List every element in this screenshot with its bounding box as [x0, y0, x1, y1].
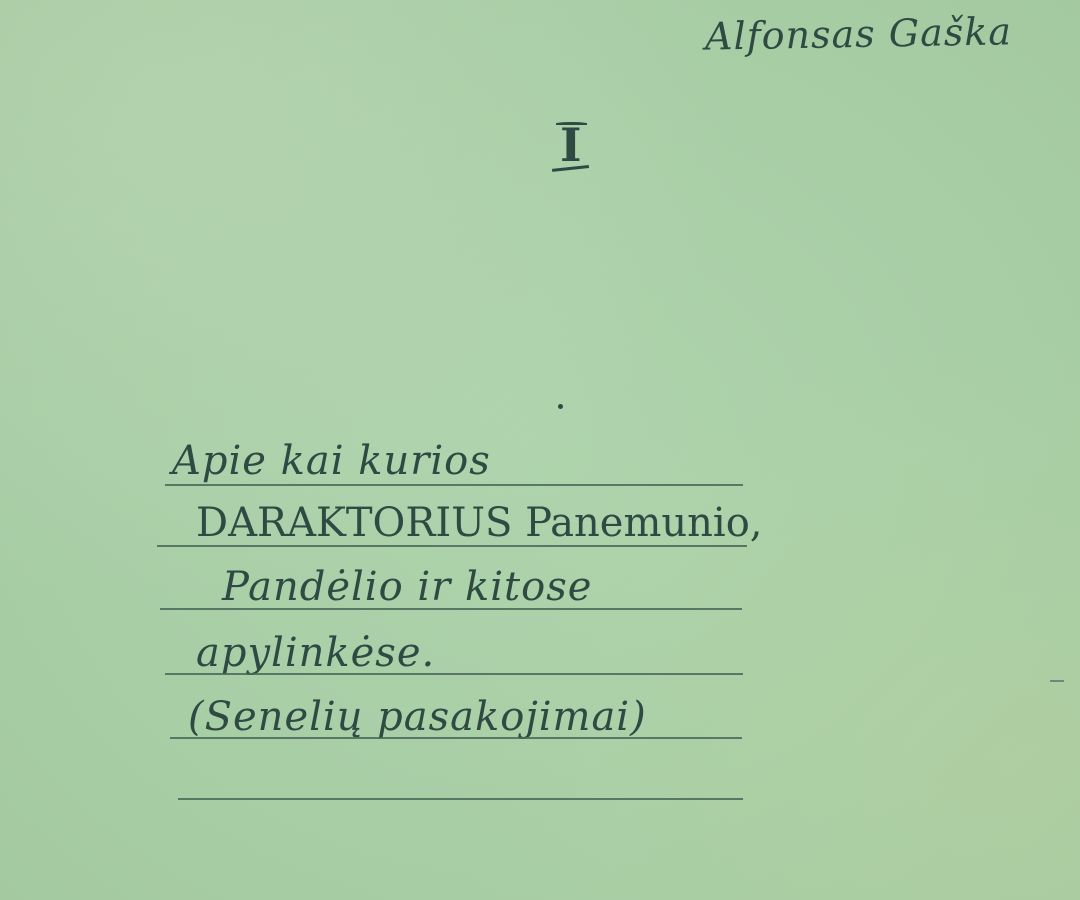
ruled-line-4	[165, 673, 743, 675]
edge-mark	[1050, 680, 1064, 682]
ink-dot	[558, 404, 563, 409]
title-line-1: Apie kai kurios	[172, 438, 491, 484]
ruled-line-3	[160, 608, 742, 610]
author-signature: Alfonsas Gaška	[705, 9, 1013, 58]
ruled-line-6	[178, 798, 743, 800]
title-line-5: (Senelių pasakojimai)	[188, 694, 647, 740]
ruled-line-1	[165, 484, 743, 486]
document-page: Alfonsas Gaška I Apie kai kurios DARAKTO…	[0, 0, 1080, 900]
title-line-3: Pandėlio ir kitose	[222, 564, 592, 610]
ruled-line-2	[157, 545, 747, 547]
title-line-4: apylinkėse.	[196, 630, 435, 676]
title-line-2: DARAKTORIUS Panemunio,	[196, 500, 763, 546]
volume-numeral: I	[560, 118, 583, 172]
ruled-line-5	[170, 737, 742, 739]
